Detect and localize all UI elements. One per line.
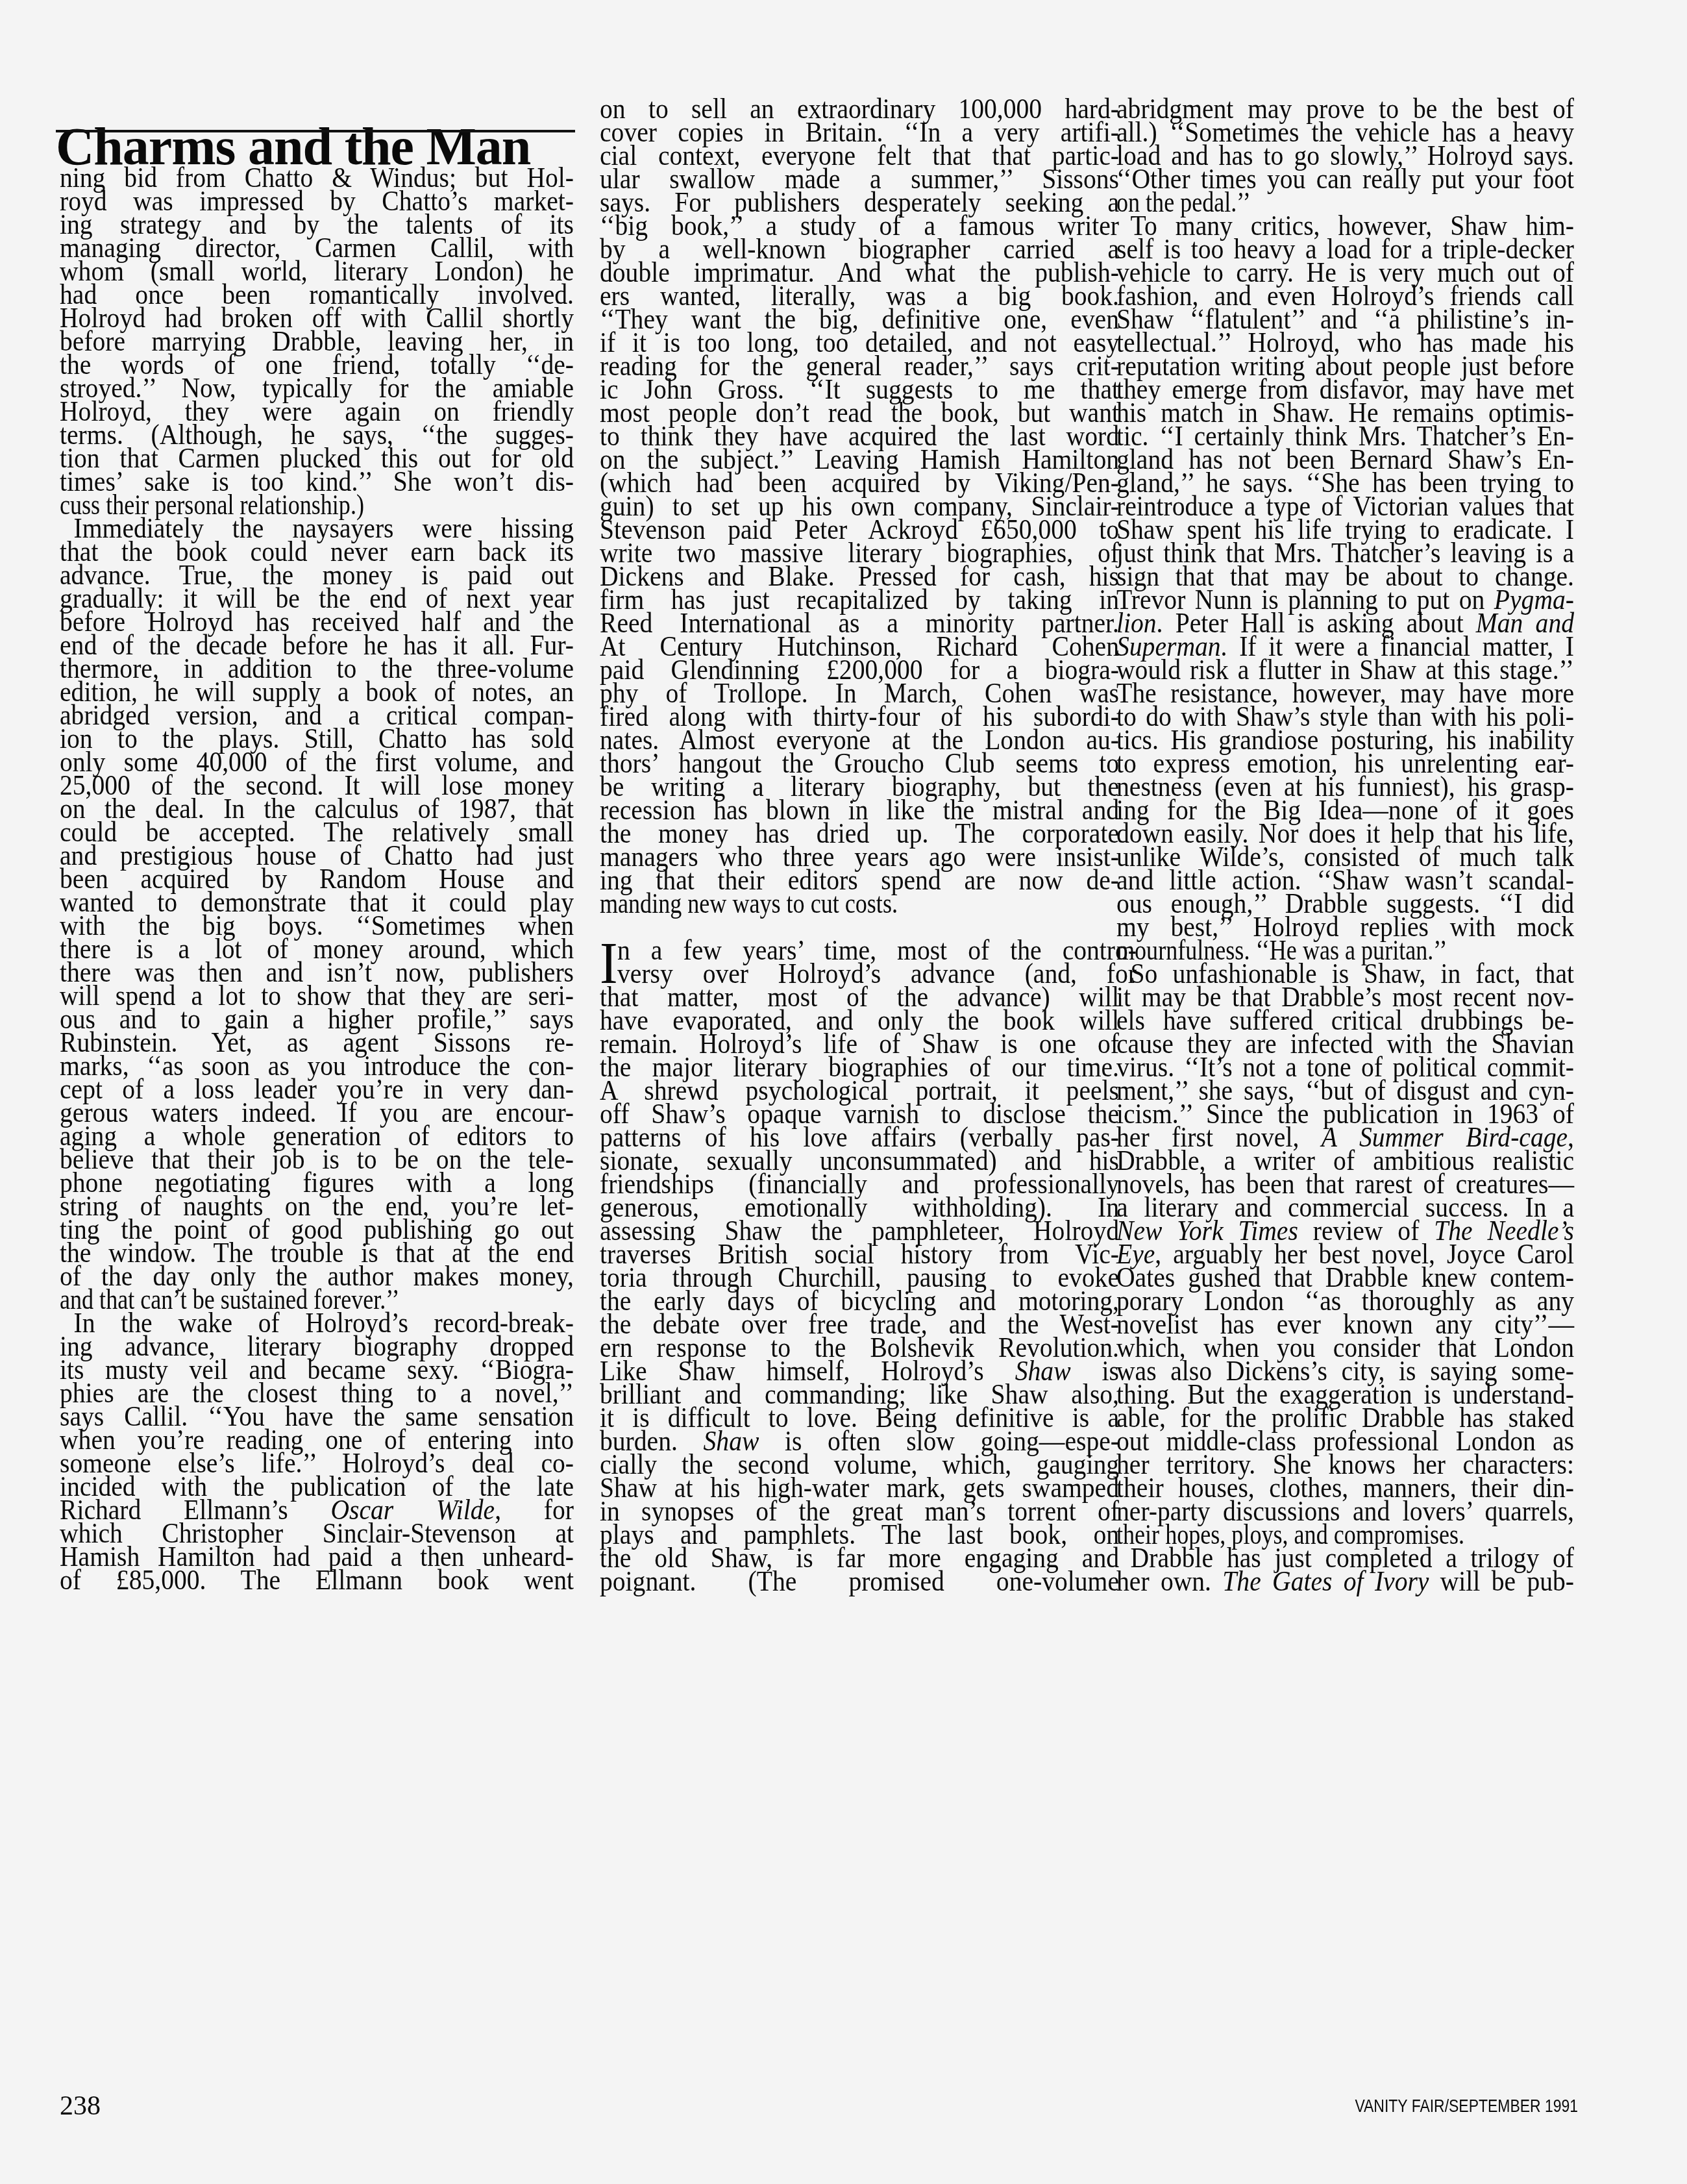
text-line: manding new ways to cut costs. bbox=[600, 892, 1119, 915]
page-number: 238 bbox=[60, 2091, 101, 2122]
text-column-2: on to sell an extraordinary 100,000 hard… bbox=[600, 97, 1119, 1593]
text-line: poignant. (The promised one-volume bbox=[600, 1570, 1119, 1593]
title-rule-divider bbox=[56, 130, 575, 132]
text-line: of £85,000. The Ellmann book went bbox=[60, 1569, 574, 1592]
italic-title-text: The Gates of Ivory bbox=[1222, 1565, 1429, 1597]
magazine-issue-credit: VANITY FAIR/SEPTEMBER 1991 bbox=[1355, 2096, 1578, 2116]
text-column-1: ning bid from Chatto & Windus; but Hol-r… bbox=[60, 166, 574, 1592]
text-column-3: abridgment may prove to be the best ofal… bbox=[1116, 97, 1574, 1593]
body-text: manding new ways to cut costs. bbox=[600, 887, 898, 919]
body-text: will be pub- bbox=[1429, 1565, 1574, 1597]
body-text: poignant. (The promised one-volume bbox=[600, 1565, 1119, 1597]
body-text: of £85,000. The Ellmann book went bbox=[60, 1564, 574, 1596]
body-text: her own. bbox=[1116, 1565, 1222, 1597]
text-line: her own. The Gates of Ivory will be pub- bbox=[1116, 1570, 1574, 1593]
